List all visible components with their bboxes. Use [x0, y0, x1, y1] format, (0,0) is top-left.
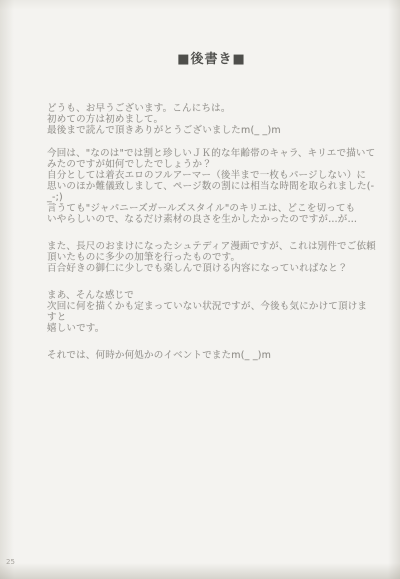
page-title: ■後書き■ — [47, 48, 376, 67]
afterword-content: ■後書き■ どうも、お早うございます。こんにちは。 初めての方は初めまして。 最… — [47, 48, 376, 361]
paragraph-main-commentary: 今回は、"なのは"では割と珍しいＪＫ的な年齢帯のキャラ、キリエで描いて みたので… — [47, 148, 376, 225]
afterword-page: ■後書き■ どうも、お早うございます。こんにちは。 初めての方は初めまして。 最… — [0, 0, 400, 579]
paragraph-bonus-manga: また、長尺のおまけになったシュテディア漫画ですが、これは別件でご依頼 頂いたもの… — [47, 241, 376, 274]
paragraph-future-plans: まあ、そんな感じで 次回に何を描くかも定まっていない状況ですが、今後も気にかけて… — [47, 290, 376, 334]
page-number: 25 — [6, 558, 15, 566]
paragraph-greeting: どうも、お早うございます。こんにちは。 初めての方は初めまして。 最後まで読んで… — [47, 103, 376, 136]
paragraph-closing: それでは、何時か何処かのイベントでまたm(_ _)m — [47, 350, 376, 361]
